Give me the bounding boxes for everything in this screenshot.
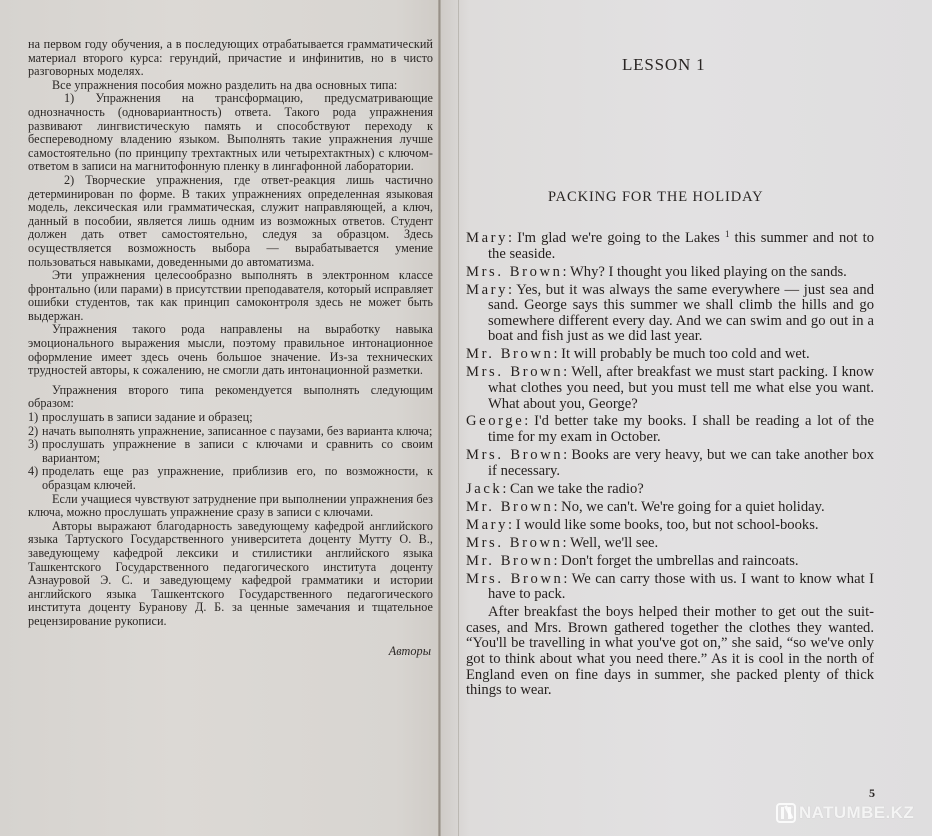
narrative-paragraph: After breakfast the boys helped their mo… bbox=[466, 605, 874, 699]
line-text: It will probably be much too cold and we… bbox=[561, 346, 809, 362]
page-number: 5 bbox=[869, 786, 875, 801]
paragraph: Все упражнения пособия можно разделить н… bbox=[28, 79, 433, 93]
paragraph: Упражнения второго типа рекомендуется вы… bbox=[28, 384, 433, 411]
step-item: 3) прослушать упражнение в записи с ключ… bbox=[28, 438, 433, 465]
dialogue-line: Mr. Brown: It will probably be much too … bbox=[466, 347, 874, 363]
dialogue-line: Mary: I'm glad we're going to the Lakes … bbox=[466, 227, 874, 262]
line-text: Well, we'll see. bbox=[570, 535, 658, 551]
speaker-name: Mr. Brown bbox=[466, 553, 553, 569]
left-page: на первом году обучения, а в последующих… bbox=[0, 0, 440, 836]
dialogue-line: Mary: I would like some books, too, but … bbox=[466, 518, 874, 534]
watermark-logo-icon bbox=[776, 803, 796, 823]
dialogue-line: Mrs. Brown: Well, after breakfast we mus… bbox=[466, 365, 874, 412]
speaker-name: Mr. Brown bbox=[466, 346, 553, 362]
line-text: Why? I thought you liked playing on the … bbox=[570, 264, 847, 280]
paragraph: на первом году обучения, а в последующих… bbox=[28, 38, 433, 79]
paragraph: Эти упражнения целесообразно выполнять в… bbox=[28, 269, 433, 323]
dialogue-line: George: I'd better take my books. I shal… bbox=[466, 414, 874, 445]
dialogue-line: Mrs. Brown: Well, we'll see. bbox=[466, 536, 874, 552]
speaker-name: Mary bbox=[466, 230, 508, 246]
step-item: 1) прослушать в записи задание и образец… bbox=[28, 411, 433, 425]
line-text: I would like some books, too, but not sc… bbox=[516, 517, 819, 533]
line-text: I'm glad we're going to the Lakes bbox=[517, 230, 720, 246]
preface-text: на первом году обучения, а в последующих… bbox=[28, 38, 433, 658]
line-text: Can we take the radio? bbox=[510, 481, 644, 497]
dialogue-line: Mrs. Brown: Why? I thought you liked pla… bbox=[466, 265, 874, 281]
line-text: Don't forget the umbrellas and raincoats… bbox=[561, 553, 798, 569]
page-edge-line bbox=[458, 0, 459, 836]
step-number: 4) bbox=[28, 465, 38, 479]
step-item: 2) начать выполнять упражнение, записанн… bbox=[28, 425, 433, 439]
step-text: прослушать в записи задание и образец; bbox=[42, 410, 253, 424]
dialogue-line: Mr. Brown: Don't forget the umbrellas an… bbox=[466, 554, 874, 570]
line-text: Yes, but it was always the same everywhe… bbox=[488, 282, 874, 345]
speaker-name: Mrs. Brown bbox=[466, 447, 563, 463]
paragraph-type-2: 2) Творческие упражнения, где ответ-реак… bbox=[28, 174, 433, 269]
speaker-name: Mrs. Brown bbox=[466, 364, 563, 380]
open-book-spread: на первом году обучения, а в последующих… bbox=[0, 0, 932, 836]
watermark-text: NATUMBE.KZ bbox=[799, 803, 914, 823]
speaker-name: Mrs. Brown bbox=[466, 264, 563, 280]
dialogue-text: Mary: I'm glad we're going to the Lakes … bbox=[466, 227, 874, 699]
dialogue-line: Mrs. Brown: Books are very heavy, but we… bbox=[466, 448, 874, 479]
speaker-name: Mr. Brown bbox=[466, 499, 553, 515]
signature: Авторы bbox=[28, 645, 433, 659]
step-text: проделать еще раз упражнение, приблизив … bbox=[42, 464, 433, 492]
speaker-name: Mrs. Brown bbox=[466, 535, 563, 551]
line-text: No, we can't. We're going for a quiet ho… bbox=[561, 499, 824, 515]
step-number: 2) bbox=[28, 425, 38, 439]
dialogue-line: Mrs. Brown: We can carry those with us. … bbox=[466, 572, 874, 603]
step-number: 1) bbox=[28, 411, 38, 425]
paragraph: Если учащиеся чувствуют затруднение при … bbox=[28, 493, 433, 520]
dialogue-line: Mr. Brown: No, we can't. We're going for… bbox=[466, 500, 874, 516]
step-number: 3) bbox=[28, 438, 38, 452]
step-text: начать выполнять упражнение, записанное … bbox=[42, 424, 432, 438]
paragraph-type-1: 1) Упражнения на трансформацию, предусма… bbox=[28, 92, 433, 174]
lesson-title: PACKING FOR THE HOLIDAY bbox=[548, 189, 764, 206]
speaker-name: Mrs. Brown bbox=[466, 571, 563, 587]
acknowledgements-paragraph: Авторы выражают благодарность заведующем… bbox=[28, 520, 433, 629]
paragraph: Упражнения такого рода направлены на выр… bbox=[28, 323, 433, 377]
speaker-name: Jack bbox=[466, 481, 502, 497]
speaker-name: Mary bbox=[466, 282, 508, 298]
step-text: прослушать упражнение в записи с ключами… bbox=[42, 437, 433, 465]
speaker-name: Mary bbox=[466, 517, 508, 533]
dialogue-line: Jack: Can we take the radio? bbox=[466, 482, 874, 498]
dialogue-line: Mary: Yes, but it was always the same ev… bbox=[466, 283, 874, 345]
book-spine-fold bbox=[438, 0, 441, 836]
speaker-name: George bbox=[466, 413, 524, 429]
line-text: I'd better take my books. I shall be rea… bbox=[488, 413, 874, 445]
lesson-heading: LESSON 1 bbox=[622, 55, 705, 75]
watermark: NATUMBE.KZ bbox=[776, 801, 914, 825]
step-item: 4) проделать еще раз упражнение, приблиз… bbox=[28, 465, 433, 492]
